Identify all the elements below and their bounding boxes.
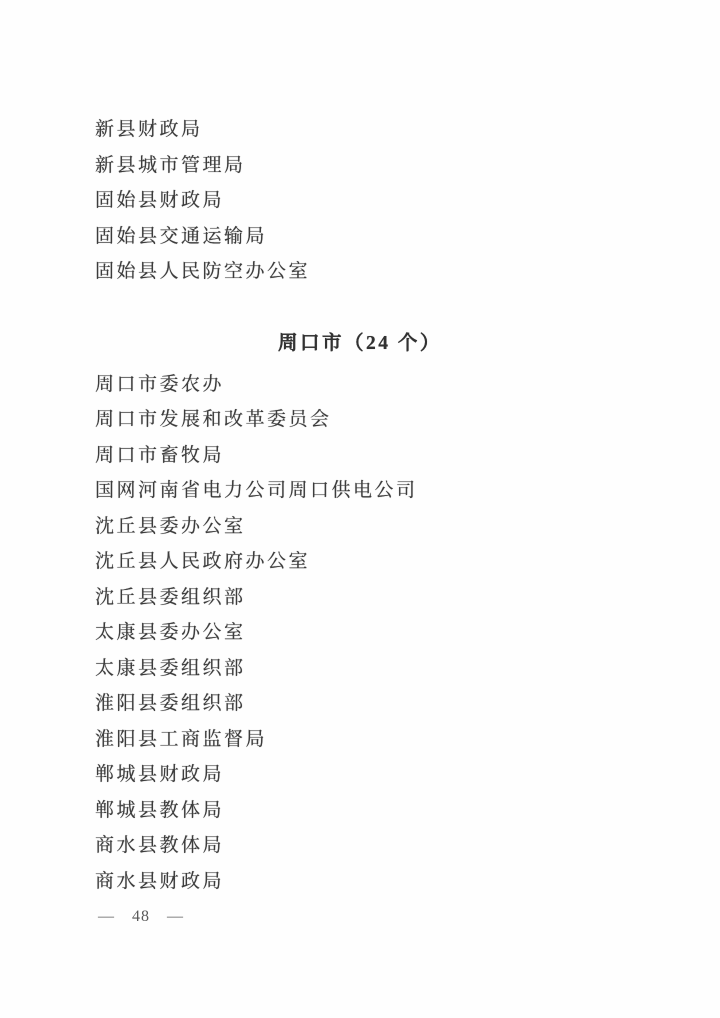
- org-list-item: 郸城县财政局: [95, 757, 660, 793]
- org-list-item: 淮阳县工商监督局: [95, 722, 660, 758]
- org-list-item: 太康县委组织部: [95, 651, 660, 687]
- org-list-item: 固始县人民防空办公室: [95, 254, 660, 290]
- org-list-item: 商水县财政局: [95, 864, 660, 900]
- org-list-item: 郸城县教体局: [95, 793, 660, 829]
- org-list-item: 固始县交通运输局: [95, 219, 660, 255]
- org-list-item: 沈丘县委办公室: [95, 509, 660, 545]
- org-list-item: 周口市畜牧局: [95, 438, 660, 474]
- org-list-item: 周口市发展和改革委员会: [95, 402, 660, 438]
- document-page: 新县财政局新县城市管理局固始县财政局固始县交通运输局固始县人民防空办公室 周口市…: [0, 0, 720, 1018]
- org-list-item: 商水县教体局: [95, 828, 660, 864]
- org-list-item: 国网河南省电力公司周口供电公司: [95, 473, 660, 509]
- org-list-item: 沈丘县委组织部: [95, 580, 660, 616]
- org-list-item: 新县城市管理局: [95, 148, 660, 184]
- page-number: — 48 —: [95, 906, 660, 928]
- org-list-continuation: 新县财政局新县城市管理局固始县财政局固始县交通运输局固始县人民防空办公室: [95, 112, 660, 290]
- section-heading-zhoukou: 周口市（24 个）: [60, 330, 660, 358]
- org-list-item: 太康县委办公室: [95, 615, 660, 651]
- org-list-item: 淮阳县委组织部: [95, 686, 660, 722]
- org-list-item: 新县财政局: [95, 112, 660, 148]
- org-list-item: 沈丘县人民政府办公室: [95, 544, 660, 580]
- org-list-zhoukou: 周口市委农办周口市发展和改革委员会周口市畜牧局国网河南省电力公司周口供电公司沈丘…: [95, 367, 660, 900]
- org-list-item: 周口市委农办: [95, 367, 660, 403]
- document-content: 新县财政局新县城市管理局固始县财政局固始县交通运输局固始县人民防空办公室 周口市…: [0, 0, 720, 928]
- org-list-item: 固始县财政局: [95, 183, 660, 219]
